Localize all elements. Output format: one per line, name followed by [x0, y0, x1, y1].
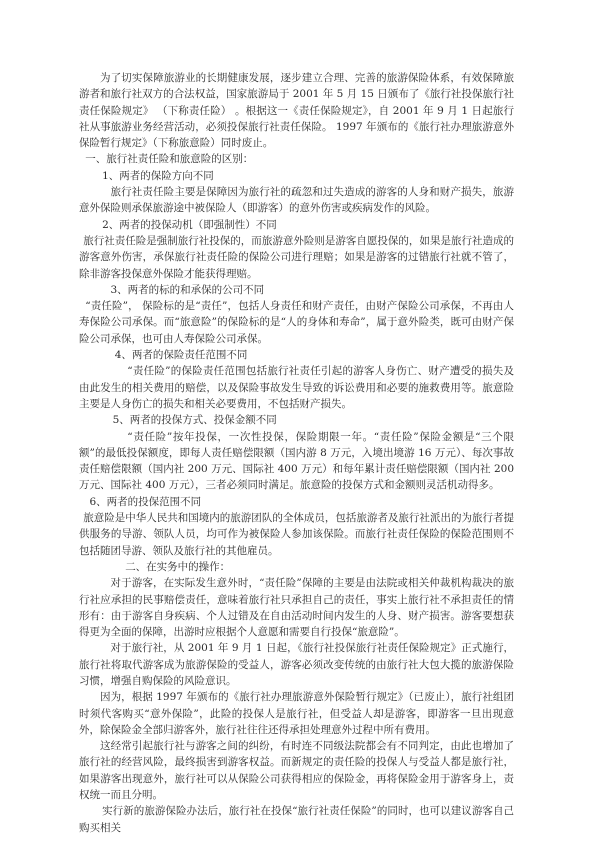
- paragraph: 为了切实保障旅游业的长期健康发展，逐步建立合理、完善的旅游保险体系，有效保障旅游…: [79, 70, 514, 151]
- paragraph: 旅意险是中华人民共和国境内的旅游团队的全体成员，包括旅游者及旅行社派出的为旅行者…: [79, 510, 514, 559]
- paragraph: 1、两者的保险方向不同: [79, 168, 514, 184]
- paragraph: 二、在实务中的操作：: [79, 559, 514, 575]
- paragraph: 旅行社责任险是强制旅行社投保的，而旅游意外险则是游客自愿投保的，如果是旅行社造成…: [79, 233, 514, 282]
- paragraph: 4、两者的保险责任范围不同: [79, 347, 514, 363]
- document-page: 为了切实保障旅游业的长期健康发展，逐步建立合理、完善的旅游保险体系，有效保障旅游…: [0, 0, 595, 842]
- paragraph: 对于旅行社，从 2001 年 9 月 1 日起，《旅行社投保旅行社责任保险规定》…: [79, 640, 514, 689]
- paragraph: 一、旅行社责任险和旅意险的区别：: [79, 151, 514, 167]
- paragraph: 6、两者的投保范围不同: [79, 494, 514, 510]
- paragraph: “责任险”， 保险标的是“责任”，包括人身责任和财产责任，由财产保险公司承保，不…: [79, 298, 514, 347]
- paragraph: 这经常引起旅行社与游客之间的纠纷，有时连不同级法院都会有不同判定，由此也增加了旅…: [79, 738, 514, 803]
- paragraph: 5、两者的投保方式、投保金额不同: [79, 412, 514, 428]
- paragraph: 因为，根据 1997 年颁布的《旅行社办理旅游意外保险暂行规定》（已废止），旅行…: [79, 689, 514, 738]
- document-text: 为了切实保障旅游业的长期健康发展，逐步建立合理、完善的旅游保险体系，有效保障旅游…: [79, 70, 514, 836]
- paragraph: 实行新的旅游保险办法后，旅行社在投保“旅行社责任保险”的同时，也可以建议游客自己…: [79, 803, 514, 836]
- paragraph: 旅行社责任险主要是保障因为旅行社的疏忽和过失造成的游客的人身和财产损失，旅游意外…: [79, 184, 514, 217]
- paragraph: 对于游客，在实际发生意外时，“责任险”保障的主要是由法院或相关仲裁机构裁决的旅行…: [79, 575, 514, 640]
- paragraph: “责任险”的保险责任范围包括旅行社责任引起的游客人身伤亡、财产遭受的损失及由此发…: [79, 363, 514, 412]
- paragraph: 2、两者的投保动机（即强制性）不同: [79, 217, 514, 233]
- paragraph: 3、两者的标的和承保的公司不同: [79, 282, 514, 298]
- paragraph: “责任险”按年投保，一次性投保，保险期限一年。“责任险”保险金额是“三个限额”的…: [79, 429, 514, 494]
